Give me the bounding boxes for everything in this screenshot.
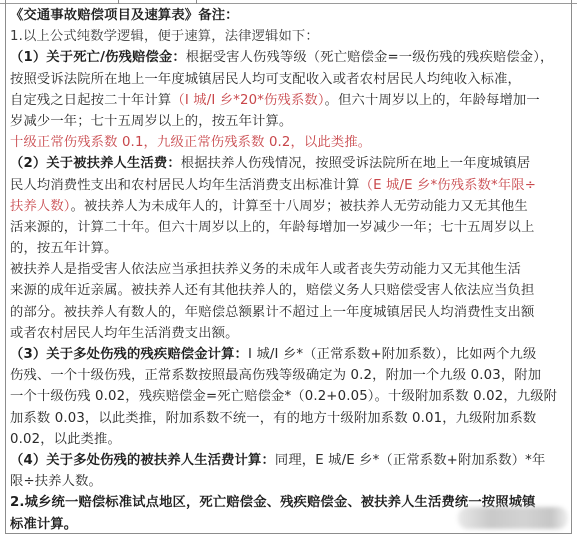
section-2-line: 扶养人数）。被扶养人为未成年人的，计算至十八周岁；被扶养人无劳动能力又无其他生	[10, 196, 568, 217]
section-1-line: （1）关于死亡/伤残赔偿金：根据受害人伤残等级（死亡赔偿金=一级伤残的残疾赔偿金…	[10, 47, 568, 68]
section-1-heading: （1）关于死亡/伤残赔偿金：	[10, 50, 186, 65]
section-4-line: 限÷扶养人数。	[10, 471, 568, 492]
coefficient-note: 十级正常伤残系数 0.1，九级正常伤残系数 0.2，以此类推。	[10, 132, 568, 153]
dependent-definition-line: 或者农村居民人均年生活消费支出额。	[10, 323, 568, 344]
section-2-line: （2）关于被扶养人生活费：根据扶养人伤残情况，按照受诉法院所在地上一年度城镇居	[10, 153, 568, 174]
section-3-heading: （3）关于多处伤残的残疾赔偿金计算：	[10, 347, 248, 362]
section-2-line: 民人均消费性支出和农村居民人均年生活消费支出标准计算（E 城/E 乡*伤残系数*…	[10, 175, 568, 196]
dependent-definition-line: 被扶养人是指受害人依法应当承担扶养义务的未成年人或者丧失劳动能力又无其他生活	[10, 259, 568, 280]
section-3-line: （3）关于多处伤残的残疾赔偿金计算：I 城/I 乡*（正常系数+附加系数），比如…	[10, 344, 568, 365]
dependent-definition-line: 的部分。被扶养人有数人的，年赔偿总额累计不超过上一年度城镇居民人均消费性支出额	[10, 302, 568, 323]
section-4-line: （4）关于多处伤残的被扶养人生活费计算：同理，E 城/E 乡*（正常系数+附加系…	[10, 450, 568, 471]
notes-title: 《交通事故赔偿项目及速算表》备注：	[10, 5, 568, 26]
note-1-intro: 1.以上公式纯数学逻辑，便于速算，法律逻辑如下：	[10, 26, 568, 47]
watermark-blur	[458, 507, 568, 529]
formula-death-disability: （I 城/I 乡*20*伤残系数）	[171, 93, 324, 108]
section-2-line: 的，按五年计算。	[10, 238, 568, 259]
notes-content: 《交通事故赔偿项目及速算表》备注： 1.以上公式纯数学逻辑，便于速算，法律逻辑如…	[10, 5, 568, 535]
dependent-definition-line: 来源的成年近亲属。被扶养人还有其他扶养人的，赔偿义务人只赔偿受害人依法应当负担	[10, 280, 568, 301]
section-2-heading: （2）关于被扶养人生活费：	[10, 156, 181, 171]
section-4-heading: （4）关于多处伤残的被扶养人生活费计算：	[10, 453, 275, 468]
section-3-line: 0.02，以此类推。	[10, 429, 568, 450]
section-1-line: 岁减少一年；七十五周岁以上的，按五年计算。	[10, 111, 568, 132]
section-3-line: 伤残、一个十级伤残，正常系数按照最高伤残等级确定为 0.2，附加一个九级 0.0…	[10, 365, 568, 386]
section-3-line: 加系数 0.03，以此类推，附加系数不统一，有的地方十级附加系数 0.01，九级…	[10, 408, 568, 429]
section-1-line: 按照受诉法院所在地上一年度城镇居民人均可支配收入或者农村居民人均纯收入标准，	[10, 69, 568, 90]
section-3-line: 一个十级伤残 0.02，残疾赔偿金=死亡赔偿金*（0.2+0.05）。十级附加系…	[10, 386, 568, 407]
section-2-line: 活来源的，计算二十年。但六十周岁以上的，年龄每增加一岁减少一年；七十五周岁以上	[10, 217, 568, 238]
section-1-line: 自定残之日起按二十年计算（I 城/I 乡*20*伤残系数）。但六十周岁以上的，年…	[10, 90, 568, 111]
formula-dependent-living: （E 城/E 乡*伤残系数*年限÷	[360, 178, 536, 193]
